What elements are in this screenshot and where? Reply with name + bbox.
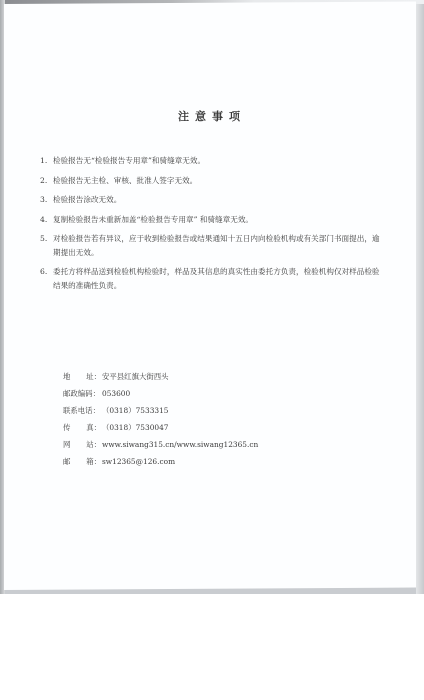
contact-address: 地 址： 安平县红旗大街西头 bbox=[63, 368, 258, 385]
contact-info: 地 址： 安平县红旗大街西头 邮政编码： 053600 联系电话： （0318）… bbox=[63, 368, 258, 470]
scan-edge-right bbox=[416, 4, 424, 594]
contact-fax: 传 真： （0318）7530047 bbox=[63, 419, 258, 436]
note-number: 2. bbox=[40, 174, 53, 188]
contact-label: 传 真： bbox=[63, 422, 101, 433]
note-item: 5. 对检验报告若有异议，应于收到检验报告或结果通知十五日内向检验机构或有关部门… bbox=[40, 232, 380, 259]
contact-value: 053600 bbox=[101, 389, 130, 398]
note-text: 检验报告无“检验报告专用章”和骑缝章无效。 bbox=[53, 154, 380, 168]
note-number: 5. bbox=[40, 232, 53, 259]
note-text: 检验报告涂改无效。 bbox=[53, 193, 380, 207]
note-item: 3. 检验报告涂改无效。 bbox=[40, 193, 380, 207]
note-number: 1. bbox=[40, 154, 53, 168]
contact-value: （0318）7530047 bbox=[101, 422, 169, 433]
contact-label: 联系电话： bbox=[63, 405, 101, 416]
contact-value: （0318）7533315 bbox=[101, 405, 169, 416]
contact-label: 地 址： bbox=[63, 371, 101, 382]
note-item: 2. 检验报告无主检、审核、批准人签字无效。 bbox=[40, 174, 380, 188]
note-text: 检验报告无主检、审核、批准人签字无效。 bbox=[53, 174, 380, 188]
contact-label: 邮政编码： bbox=[63, 388, 101, 399]
note-item: 4. 复制检验报告未重新加盖“检验报告专用章” 和骑缝章无效。 bbox=[40, 213, 380, 227]
notes-list: 1. 检验报告无“检验报告专用章”和骑缝章无效。 2. 检验报告无主检、审核、批… bbox=[40, 154, 380, 298]
contact-label: 网 站： bbox=[63, 439, 101, 450]
note-number: 3. bbox=[40, 193, 53, 207]
contact-value: sw12365@126.com bbox=[101, 457, 175, 466]
note-item: 6. 委托方将样品送到检验机构检验时，样品及其信息的真实性由委托方负责，检验机构… bbox=[40, 265, 380, 292]
note-text: 委托方将样品送到检验机构检验时，样品及其信息的真实性由委托方负责，检验机构仅对样… bbox=[53, 265, 380, 292]
contact-postcode: 邮政编码： 053600 bbox=[63, 385, 258, 402]
contact-phone: 联系电话： （0318）7533315 bbox=[63, 402, 258, 419]
note-number: 4. bbox=[40, 213, 53, 227]
document-title: 注意事项 bbox=[0, 108, 424, 124]
note-text: 复制检验报告未重新加盖“检验报告专用章” 和骑缝章无效。 bbox=[53, 213, 380, 227]
contact-value: www.siwang315.cn/www.siwang12365.cn bbox=[101, 440, 258, 449]
note-number: 6. bbox=[40, 265, 53, 292]
note-text: 对检验报告若有异议，应于收到检验报告或结果通知十五日内向检验机构或有关部门书面提… bbox=[53, 232, 380, 259]
contact-email: 邮 箱： sw12365@126.com bbox=[63, 453, 258, 470]
contact-value: 安平县红旗大街西头 bbox=[101, 371, 169, 382]
contact-website: 网 站： www.siwang315.cn/www.siwang12365.cn bbox=[63, 436, 258, 453]
note-item: 1. 检验报告无“检验报告专用章”和骑缝章无效。 bbox=[40, 154, 380, 168]
contact-label: 邮 箱： bbox=[63, 456, 101, 467]
